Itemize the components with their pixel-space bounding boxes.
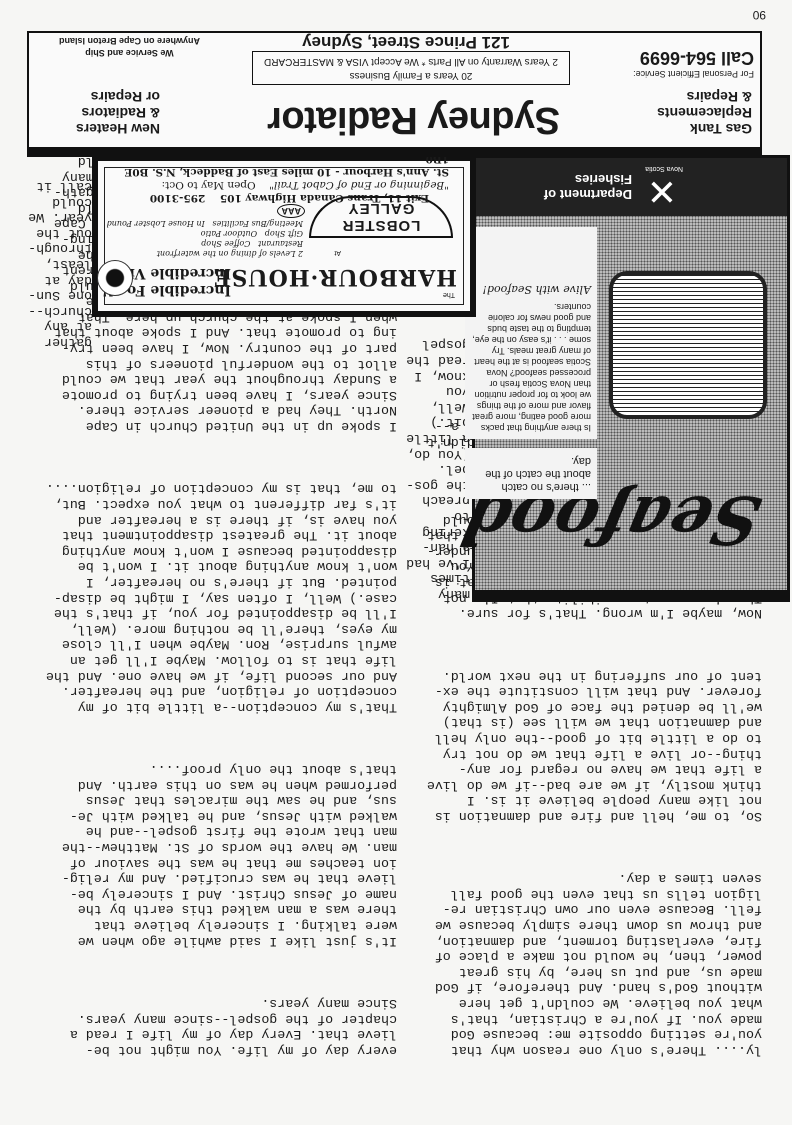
cabot-trail-line: "Beginning or End of Cabot Trail" Open M…: [99, 178, 449, 191]
harbour-house-advertisement: The HARBOUR·HOUSE At LOBSTER GALLEY Incr…: [92, 155, 476, 317]
levels-line: 2 Levels of dining on the waterfront: [107, 248, 303, 258]
department-banner: ✕ Nova Scotia Department of Fisheries: [475, 158, 787, 216]
exit-phone-line: Exit 11, Trans Canada Highway 105 295-31…: [99, 191, 449, 204]
department-name: Department of Fisheries: [544, 172, 632, 202]
ad-copy-text: Is there anything that packs more good e…: [472, 302, 591, 433]
paragraph: ly.... There's only one reason why that …: [427, 871, 762, 1058]
sydney-radiator-advertisement: Gas Tank Replacements & Repairs Sydney R…: [27, 31, 762, 157]
ad-copy: Is there anything that packs more good e…: [465, 227, 597, 439]
ad-top-bar: [472, 590, 790, 602]
logo-the: The: [443, 291, 455, 298]
narrow-text-beside-lobster-ad: gather at any church-- one Sun- day at l…: [28, 178, 92, 350]
service-label: For Personal Efficient Service:: [633, 69, 754, 79]
brand-name: Sydney Radiator: [268, 98, 560, 141]
page-number: 90: [753, 8, 766, 22]
nova-scotia-saltire-icon: ✕: [647, 170, 677, 210]
phone-number: Call 564-6699: [640, 47, 754, 68]
address: 121 Prince Street, Sydney: [302, 32, 510, 52]
harbour-house-logo: The HARBOUR·HOUSE At LOBSTER GALLEY: [309, 200, 459, 300]
seafood-platter-illustration: [609, 271, 767, 419]
paragraph: It's just like I said awhile ago when we…: [46, 762, 397, 949]
document-page: ly.... There's only one reason why that …: [0, 0, 792, 1125]
paragraph: every day of my life. You might not be- …: [46, 995, 397, 1057]
family-business: 20 Years a Family Business: [253, 68, 569, 82]
cabot-trail: "Beginning or End of Cabot Trail": [269, 179, 449, 191]
seal-icon: [97, 260, 133, 296]
amenities: Restaurant Coffee Shop Gift Shop Outdoor…: [107, 218, 303, 248]
ad-tagline: ... there's no catch about the catch of …: [465, 448, 597, 499]
aaa-badge-icon: AAA: [278, 204, 306, 218]
shipping-note: We Service and Ship Anywhere on Cape Bre…: [59, 35, 200, 59]
ad-levels: 2 Levels of dining on the waterfront Res…: [107, 218, 303, 258]
ad-left-services: Gas Tank Replacements & Repairs: [657, 89, 752, 137]
ad-slogan: Alive with Seafood!: [471, 284, 591, 295]
logo-name: HARBOUR·HOUSE: [213, 264, 457, 290]
warranty-box: 20 Years a Family Business 2 Years Warra…: [252, 51, 570, 85]
paragraph: So, to me, hell and fire and damnation i…: [427, 668, 762, 824]
ad-top-bar: [29, 147, 760, 155]
paragraph: That's my conception--a little bit of my…: [46, 481, 397, 715]
warranty-text: 2 Years Warranty on All Parts * We Accep…: [253, 54, 569, 68]
ad-right-services: New Heaters & Radiators or Repairs: [76, 89, 160, 137]
season: Open May to Oct:: [162, 179, 256, 191]
logo-at: At: [334, 249, 341, 256]
ad-inner-border: The HARBOUR·HOUSE At LOBSTER GALLEY Incr…: [104, 167, 464, 305]
narrow-text-beside-seafood-ad: many times I've had a han- kering to pre…: [406, 337, 470, 602]
seafood-advertisement: Seafood ... there's no catch about the c…: [472, 155, 790, 602]
province-label: Nova Scotia: [645, 165, 683, 172]
